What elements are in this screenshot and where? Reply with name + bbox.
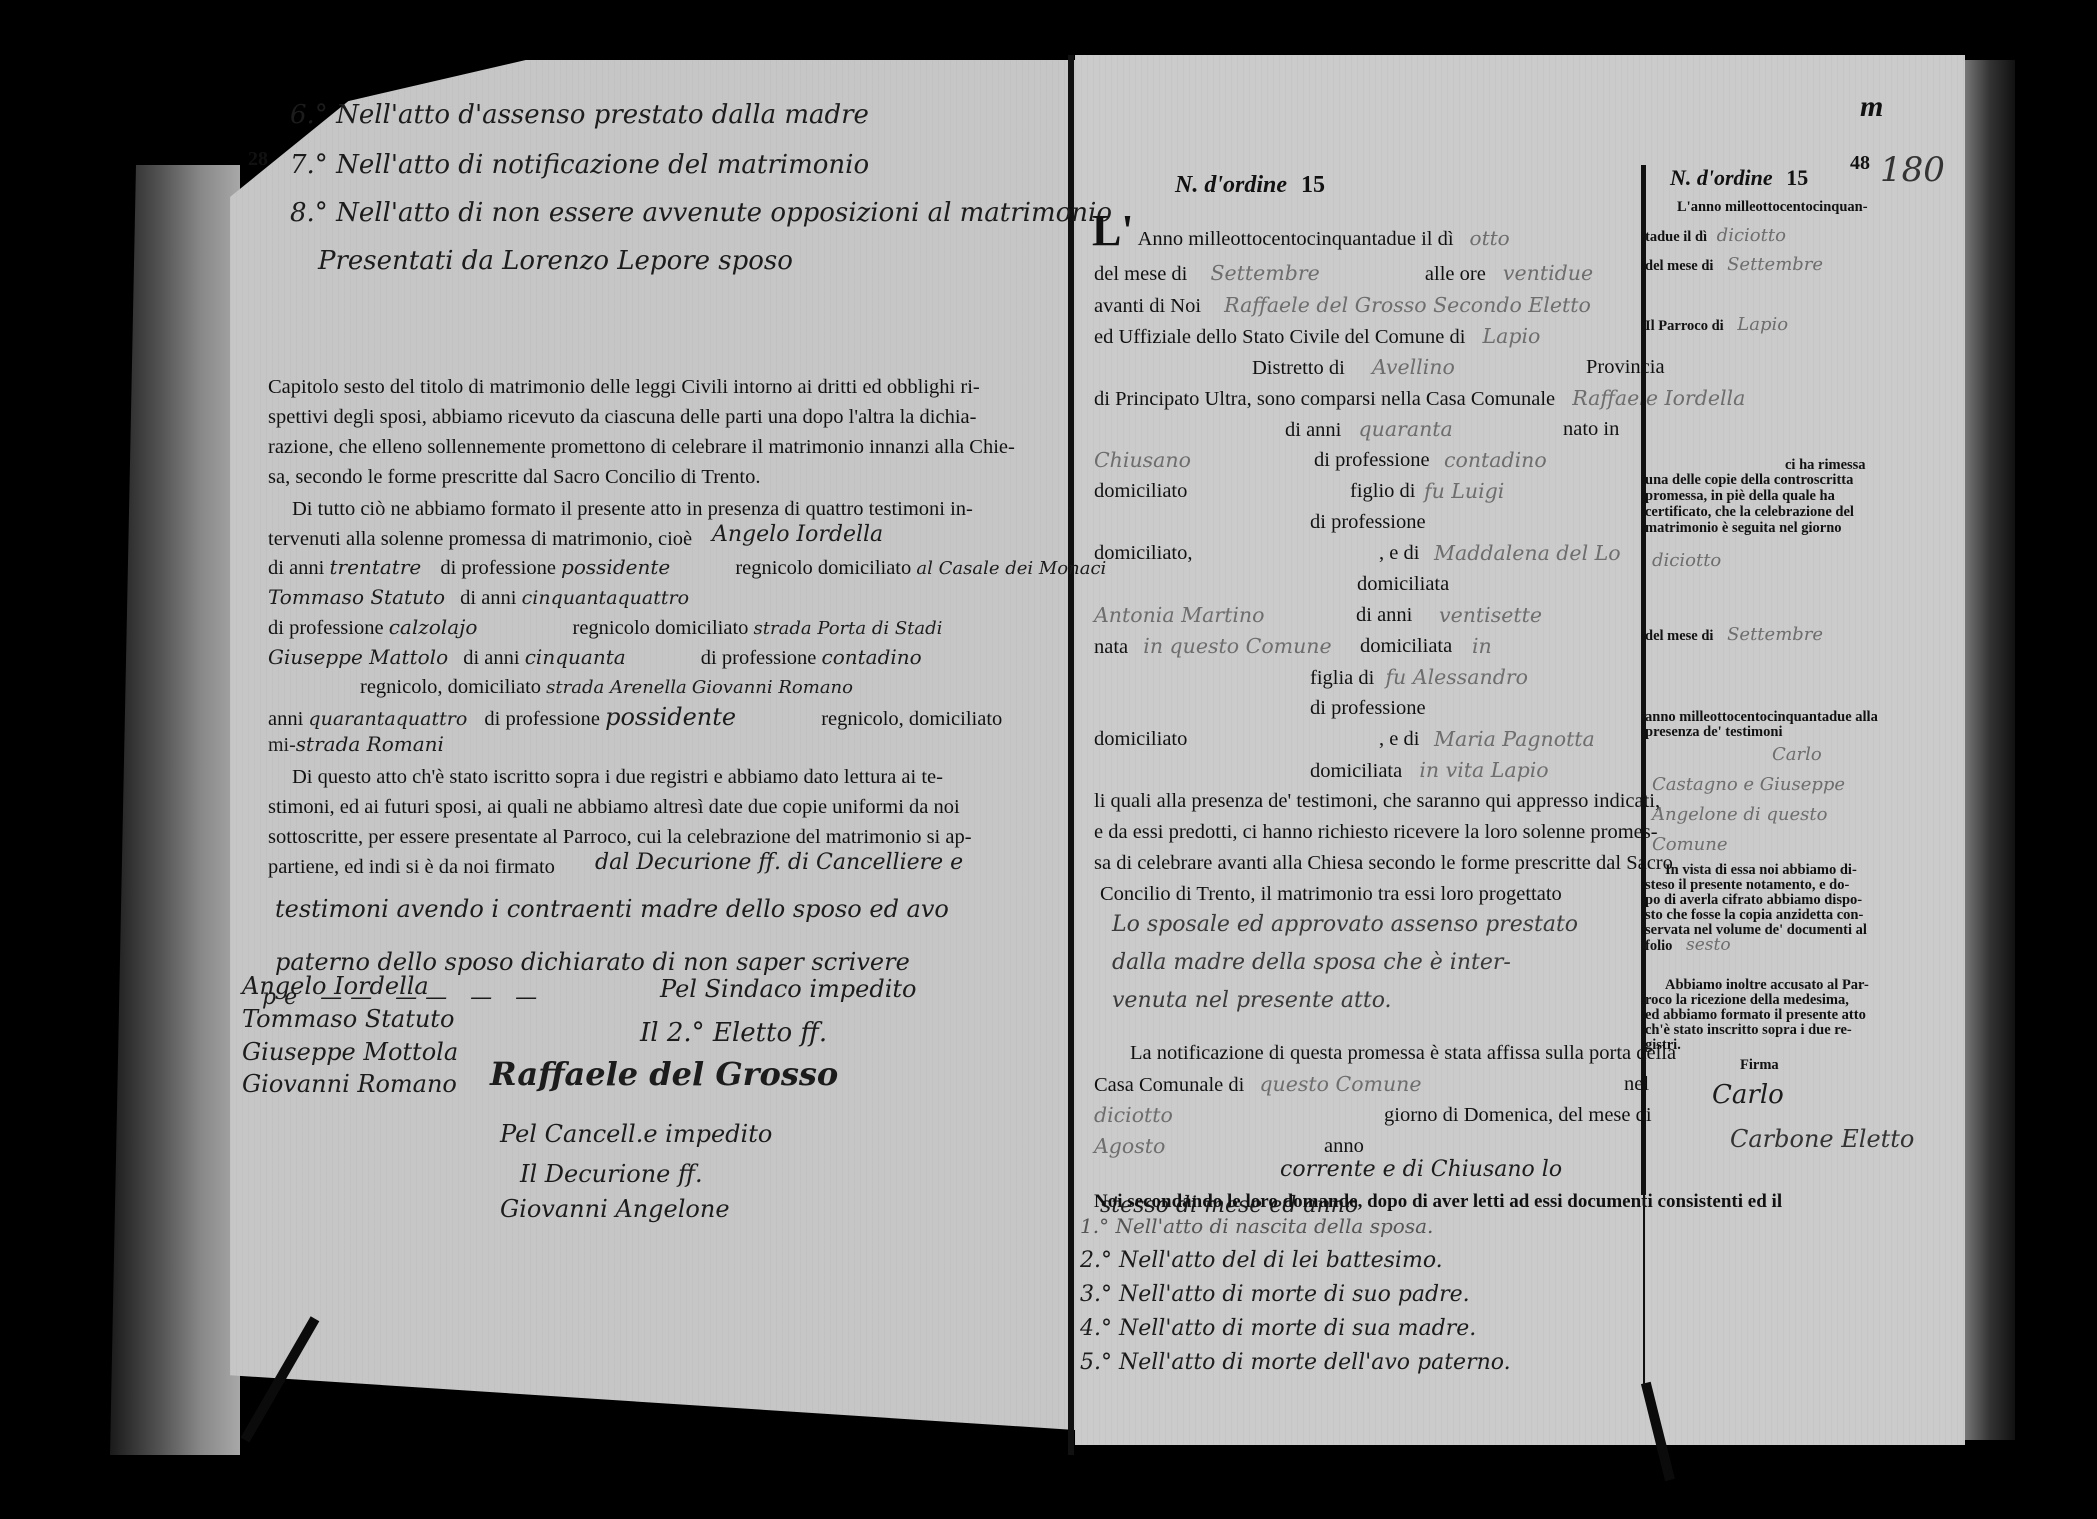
stub-order-title: N. d'ordine 15 <box>1670 165 1808 191</box>
paragraph-line: razione, che elleno sollennemente promet… <box>268 432 1015 463</box>
declaration-line: li quali alla presenza de' testimoni, ch… <box>1094 786 1660 817</box>
witness-age: trentatre <box>330 555 422 579</box>
label: di professione <box>268 617 384 639</box>
label: , e di <box>1379 538 1419 569</box>
witness-4-residence: strada Romani <box>296 732 444 756</box>
label: del mese di <box>1094 263 1187 285</box>
label: figlia di <box>1310 667 1374 689</box>
paragraph-line: sottoscritte, per essere presentate al P… <box>268 822 972 853</box>
witness-intro: tervenuti alla solenne promessa di matri… <box>268 524 692 555</box>
comune-value: Lapio <box>1483 324 1541 348</box>
book-spine <box>1068 55 1074 1455</box>
signature-witness-2: Tommaso Statuto <box>242 1005 454 1033</box>
stub-year-line: L'anno milleottocentocinquan- <box>1677 197 1868 217</box>
paragraph-line: Capitolo sesto del titolo di matrimonio … <box>268 372 980 403</box>
handwritten-declaration: dalla madre della sposa che è inter- <box>1112 950 1511 975</box>
stub-celebration-month: Settembre <box>1727 624 1823 645</box>
stub-return-line: matrimonio è seguita nel giorno <box>1645 518 1842 538</box>
stub-firma-label: Firma <box>1740 1055 1779 1075</box>
district-row: Distretto di Avellino Provincia <box>1252 352 1455 384</box>
signature-official: Giovanni Angelone <box>500 1195 730 1223</box>
document-item: 3.° Nell'atto di morte di suo padre. <box>1080 1282 1470 1307</box>
stub-month-row: del mese di Settembre <box>1645 255 1823 276</box>
groom-birthplace: Chiusano <box>1094 448 1191 472</box>
opening-line: L' Anno milleottocentocinquantadue il dì… <box>1092 205 1510 256</box>
groom-name: Raffaele Iordella <box>1572 386 1745 410</box>
handwritten-declaration: Lo sposale ed approvato assenso prestato <box>1112 912 1578 937</box>
label: di anni <box>1285 419 1341 441</box>
witness-age: cinquantaquattro <box>522 587 689 609</box>
stub-folio-mark: 180 <box>1880 150 1945 190</box>
row: di professione <box>1310 693 1426 724</box>
signature-witness-4: Giovanni Romano <box>242 1070 457 1098</box>
documents-intro: Noi secondando le loro domande, dopo di … <box>1094 1186 1782 1217</box>
paragraph-line: spettivi degli sposi, abbiamo ricevuto d… <box>268 402 976 433</box>
label: regnicolo domiciliato <box>573 617 749 639</box>
stub-witnesses-hand: Carlo Castagno e Giuseppe Angelone di qu… <box>1652 740 1852 860</box>
order-number: 15 <box>1301 172 1325 198</box>
declaration-line: e da essi predotti, ci hanno richiesto r… <box>1094 817 1658 848</box>
bride-father: fu Alessandro <box>1385 665 1528 689</box>
label: domiciliato, <box>1094 542 1193 564</box>
notification-day: diciotto <box>1094 1103 1173 1127</box>
bride-born-row: nata in questo Comune domiciliata in <box>1094 631 1332 663</box>
document-item: 4.° Nell'atto di morte di sua madre. <box>1080 1316 1476 1341</box>
label: , e di <box>1379 724 1419 755</box>
hour-value: ventidue <box>1503 261 1593 285</box>
stub-celebration-day: diciotto <box>1652 550 1721 571</box>
groom-father-row: domiciliato figlio di fu Luigi <box>1094 476 1187 507</box>
stub-folio-value: sesto <box>1686 935 1731 955</box>
month-value: Settembre <box>1211 261 1320 285</box>
label: regnicolo, domiciliato <box>360 676 541 698</box>
label: di professione <box>701 647 817 669</box>
witness-residence: strada Arenella <box>546 677 687 698</box>
label: alle ore <box>1425 263 1486 285</box>
signature-official: Pel Cancell.e impedito <box>500 1120 772 1148</box>
stub-corner-mark: m <box>1860 90 1883 124</box>
year-label: Anno milleottocentocinquantadue il dì <box>1138 228 1454 250</box>
notification-line: La notificazione di questa promessa è st… <box>1130 1038 1676 1069</box>
stub-parroco-row: Il Parroco di Lapio <box>1645 315 1788 336</box>
notification-day-row: diciotto giorno di Domenica, del mese di <box>1094 1100 1173 1132</box>
bride-name: Antonia Martino <box>1094 603 1264 627</box>
groom-profession-row: Chiusano di professione contadino <box>1094 445 1191 477</box>
label: giorno di Domenica, del mese di <box>1384 1100 1652 1131</box>
label: nata <box>1094 636 1128 658</box>
label: domiciliata <box>1310 760 1402 782</box>
declaration-line: Concilio di Trento, il matrimonio tra es… <box>1100 879 1562 910</box>
stub-signature: Carbone Eletto <box>1730 1125 1914 1153</box>
bride-age: ventisette <box>1439 600 1542 631</box>
bride-mother-domicile: in vita Lapio <box>1419 758 1548 782</box>
groom-mother-row: domiciliato, , e di Maddalena del Lo <box>1094 538 1193 569</box>
document-item: 2.° Nell'atto del di lei battesimo. <box>1080 1248 1443 1273</box>
signature-official: Raffaele del Grosso <box>490 1055 838 1093</box>
stub-closing-line: gistri. <box>1645 1035 1681 1055</box>
signature-official: Il Decurione ff. <box>520 1160 703 1188</box>
stub-divider-thin <box>1643 1195 1645 1385</box>
groom-father: fu Luigi <box>1424 476 1504 507</box>
witness-name: Angelo Iordella <box>712 522 883 547</box>
label: regnicolo, domiciliato <box>821 708 1002 730</box>
bride-mother-row: domiciliato , e di Maria Pagnotta <box>1094 724 1187 755</box>
witness-4-row: anni quarantaquattro di professione poss… <box>268 702 1002 735</box>
label: domiciliata <box>1360 631 1452 662</box>
bride-row: Antonia Martino di anni ventisette <box>1094 600 1264 632</box>
groom-age-row: di anni quaranta nato in <box>1285 414 1453 446</box>
stub-day-row: tadue il dì diciotto <box>1645 226 1786 247</box>
witness-age: quarantaquattro <box>308 708 467 730</box>
day-value: otto <box>1470 226 1510 250</box>
right-page-edge <box>1965 60 2015 1440</box>
signature-witness-1: Angelo Iordella <box>242 972 429 1000</box>
province-row: di Principato Ultra, sono comparsi nella… <box>1094 383 1745 415</box>
document-item: 1.° Nell'atto di nascita della sposa. <box>1080 1214 1433 1238</box>
label: Provincia <box>1586 352 1665 383</box>
witness-3-row: Giuseppe Mattolo di anni cinquanta di pr… <box>268 642 922 674</box>
paragraph-line: Di questo atto ch'è stato iscritto sopra… <box>292 762 943 793</box>
witness-residence: mi-strada Romani <box>268 732 444 757</box>
witness-profession: possidente <box>561 555 670 579</box>
witness-3-row-b: regnicolo, domiciliato strada Arenella G… <box>360 672 853 703</box>
label: di professione <box>1314 445 1430 476</box>
handwritten-note-line: testimoni avendo i contraenti madre dell… <box>275 895 949 923</box>
stub-day: diciotto <box>1717 225 1786 246</box>
label: del mese di <box>1645 258 1713 274</box>
label: di anni <box>463 647 519 669</box>
label: folio <box>1645 938 1672 954</box>
stub-celebration-month-row: del mese di Settembre <box>1645 625 1823 646</box>
witness-intro: Di tutto ciò ne abbiamo formato il prese… <box>292 494 973 525</box>
declaration-line: sa di celebrare avanti alla Chiesa secon… <box>1094 848 1673 879</box>
left-page-number: 28 <box>248 148 268 171</box>
handwritten-declaration: venuta nel presente atto. <box>1112 988 1392 1013</box>
stub-witness-line: presenza de' testimoni <box>1645 722 1782 742</box>
bride-birthplace: in questo Comune <box>1143 634 1331 658</box>
witness-profession: possidente <box>605 703 736 731</box>
officer-value: Raffaele del Grosso Secondo Eletto <box>1224 293 1591 317</box>
label: del mese di <box>1645 628 1713 644</box>
groom-age: quaranta <box>1359 417 1453 441</box>
stub-folio-row: folio sesto <box>1645 935 1731 956</box>
handwritten-header-line: 8.° Nell'atto di non essere avvenute opp… <box>290 198 1112 228</box>
signed-by: dal Decurione ff. di Cancelliere e <box>595 850 963 875</box>
signature-official: Pel Sindaco impedito <box>660 975 916 1003</box>
label: di Principato Ultra, sono comparsi nella… <box>1094 388 1555 410</box>
witness-residence: strada Porta di Stadi <box>754 618 943 639</box>
handwritten-header-line: 7.° Nell'atto di notificazione del matri… <box>290 150 869 180</box>
stub-page-number: 48 <box>1850 152 1870 175</box>
groom-profession: contadino <box>1444 445 1547 476</box>
bride-domicile: in <box>1472 631 1492 662</box>
label: tadue il dì <box>1645 229 1707 245</box>
label: ed Uffiziale dello Stato Civile del Comu… <box>1094 326 1465 348</box>
label: domiciliato <box>1094 728 1187 750</box>
witness-residence: al Casale dei Monaci <box>916 558 1106 579</box>
row: di professione <box>1310 507 1426 538</box>
witness-profession: contadino <box>822 645 922 669</box>
label: di professione <box>440 557 556 579</box>
stub-order-label: N. d'ordine <box>1670 165 1773 190</box>
document-item: 5.° Nell'atto di morte dell'avo paterno. <box>1080 1350 1511 1375</box>
label: avanti di Noi <box>1094 295 1201 317</box>
stub-order-number: 15 <box>1786 165 1808 190</box>
label: figlio di <box>1350 476 1415 507</box>
bride-mother: Maria Pagnotta <box>1434 724 1595 755</box>
label: nato in <box>1563 414 1619 445</box>
district-value: Avellino <box>1372 355 1455 379</box>
witness-1-row: di anni trentatre di professione posside… <box>268 552 1106 584</box>
row: domiciliata <box>1357 569 1449 600</box>
stub-parroco: Lapio <box>1737 314 1788 335</box>
label: di anni <box>268 557 324 579</box>
label: Casa Comunale di <box>1094 1074 1244 1096</box>
signature-witness-3: Giuseppe Mottola <box>242 1038 458 1066</box>
comune-row: ed Uffiziale dello Stato Civile del Comu… <box>1094 321 1540 353</box>
bride-mother-domicile-row: domiciliata in vita Lapio <box>1310 755 1549 787</box>
stub-signature: Carlo <box>1712 1080 1784 1110</box>
casa-value: questo Comune <box>1259 1072 1421 1096</box>
notification-casa-row: Casa Comunale di questo Comune nel <box>1094 1069 1422 1101</box>
label: domiciliato <box>1094 480 1187 502</box>
witness-2-row-b: di professione calzolajo regnicolo domic… <box>268 612 942 644</box>
label: regnicolo domiciliato <box>735 557 911 579</box>
before-row: avanti di Noi Raffaele del Grosso Second… <box>1094 290 1591 322</box>
stub-month: Settembre <box>1727 254 1823 275</box>
label: Distretto di <box>1252 357 1345 379</box>
order-title: N. d'ordine 15 <box>1175 172 1325 199</box>
paragraph-line: sa, secondo le forme prescritte dal Sacr… <box>268 462 760 493</box>
left-page-edge <box>110 165 240 1455</box>
paragraph-line: partiene, ed indi si è da noi firmato <box>268 852 555 883</box>
paragraph-line: stimoni, ed ai futuri sposi, ai quali ne… <box>268 792 960 823</box>
witness-name: Giovanni Romano <box>692 677 853 698</box>
handwritten-header-line: 6.° Nell'atto d'assenso prestato dalla m… <box>290 100 869 130</box>
label: Il Parroco di <box>1645 318 1724 334</box>
label: di professione <box>484 708 600 730</box>
signature-official: Il 2.° Eletto ff. <box>640 1018 827 1048</box>
witness-name: Tommaso Statuto <box>268 585 445 609</box>
witness-age: cinquanta <box>525 645 626 669</box>
order-label: N. d'ordine <box>1175 172 1287 198</box>
month-row: del mese di Settembre alle ore ventidue <box>1094 258 1593 290</box>
witness-name: Giuseppe Mattolo <box>268 645 448 669</box>
label: di anni <box>460 587 516 609</box>
label: anni <box>268 708 303 730</box>
bride-father-row: figlia di fu Alessandro <box>1310 662 1528 694</box>
drop-cap: L' <box>1092 206 1134 255</box>
witness-2-row: Tommaso Statuto di anni cinquantaquattro <box>268 582 689 614</box>
label: mi- <box>268 734 296 756</box>
handwritten-header-line: Presentati da Lorenzo Lepore sposo <box>318 246 793 276</box>
groom-mother: Maddalena del Lo <box>1434 538 1621 569</box>
witness-profession: calzolajo <box>389 615 478 639</box>
label: di anni <box>1356 600 1412 631</box>
